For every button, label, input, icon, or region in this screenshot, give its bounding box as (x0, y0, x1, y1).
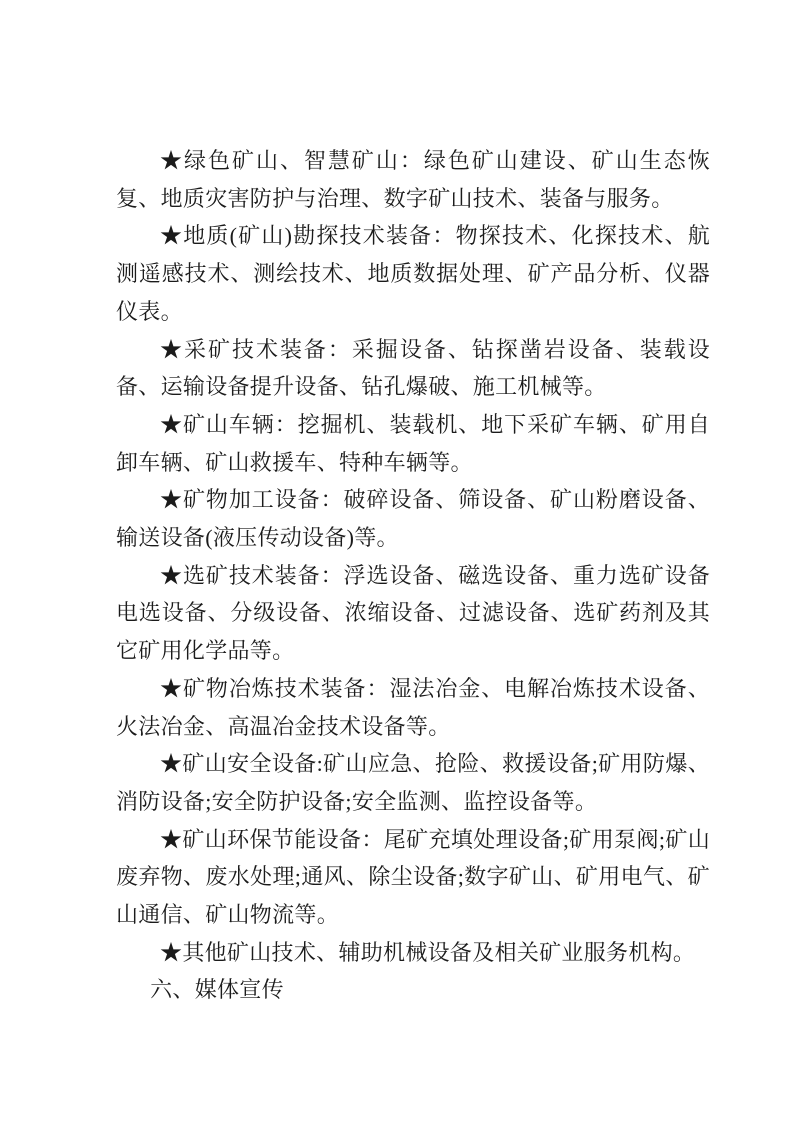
paragraph-text: 矿山车辆：挖掘机、装载机、地下采矿车辆、矿用自卸车辆、矿山救援车、特种车辆等。 (116, 412, 710, 475)
bullet-paragraph-geology-exploration: ★地质(矿山)勘探技术装备：物探技术、化探技术、航测遥感技术、测绘技术、地质数据… (116, 217, 710, 330)
bullet-paragraph-environmental: ★矿山环保节能设备：尾矿充填处理设备;矿用泵阀;矿山废弃物、废水处理;通风、除尘… (116, 821, 710, 934)
star-bullet-icon: ★ (160, 676, 183, 701)
paragraph-text: 地质(矿山)勘探技术装备：物探技术、化探技术、航测遥感技术、测绘技术、地质数据处… (116, 223, 710, 323)
paragraph-text: 矿山安全设备:矿山应急、抢险、救援设备;矿用防爆、消防设备;安全防护设备;安全监… (116, 751, 710, 814)
paragraph-text: 矿物加工设备：破碎设备、筛设备、矿山粉磨设备、输送设备(液压传动设备)等。 (116, 487, 710, 550)
bullet-paragraph-mine-safety: ★矿山安全设备:矿山应急、抢险、救援设备;矿用防爆、消防设备;安全防护设备;安全… (116, 745, 710, 820)
star-bullet-icon: ★ (160, 148, 184, 173)
bullet-paragraph-green-mine: ★绿色矿山、智慧矿山：绿色矿山建设、矿山生态恢复、地质灾害防护与治理、数字矿山技… (116, 142, 710, 217)
bullet-paragraph-beneficiation: ★选矿技术装备：浮选设备、磁选设备、重力选矿设备电选设备、分级设备、浓缩设备、过… (116, 557, 710, 670)
star-bullet-icon: ★ (160, 223, 183, 248)
bullet-paragraph-mineral-processing: ★矿物加工设备：破碎设备、筛设备、矿山粉磨设备、输送设备(液压传动设备)等。 (116, 481, 710, 556)
bullet-paragraph-mine-vehicles: ★矿山车辆：挖掘机、装载机、地下采矿车辆、矿用自卸车辆、矿山救援车、特种车辆等。 (116, 406, 710, 481)
star-bullet-icon: ★ (160, 487, 183, 512)
paragraph-text: 其他矿山技术、辅助机械设备及相关矿业服务机构。 (182, 940, 695, 965)
star-bullet-icon: ★ (160, 751, 182, 776)
paragraph-text: 选矿技术装备：浮选设备、磁选设备、重力选矿设备电选设备、分级设备、浓缩设备、过滤… (116, 563, 710, 663)
paragraph-text: 矿物冶炼技术装备：湿法冶金、电解冶炼技术设备、火法冶金、高温冶金技术设备等。 (116, 676, 710, 739)
star-bullet-icon: ★ (160, 940, 182, 965)
bullet-paragraph-smelting: ★矿物冶炼技术装备：湿法冶金、电解冶炼技术设备、火法冶金、高温冶金技术设备等。 (116, 670, 710, 745)
section-heading-media-publicity: 六、媒体宣传 (116, 971, 710, 1009)
paragraph-text: 绿色矿山、智慧矿山：绿色矿山建设、矿山生态恢复、地质灾害防护与治理、数字矿山技术… (116, 148, 710, 211)
star-bullet-icon: ★ (160, 563, 183, 588)
bullet-paragraph-mining-equipment: ★采矿技术装备：采掘设备、钻探凿岩设备、装载设备、运输设备提升设备、钻孔爆破、施… (116, 331, 710, 406)
document-body: ★绿色矿山、智慧矿山：绿色矿山建设、矿山生态恢复、地质灾害防护与治理、数字矿山技… (116, 142, 710, 1009)
paragraph-text: 采矿技术装备：采掘设备、钻探凿岩设备、装载设备、运输设备提升设备、钻孔爆破、施工… (116, 337, 710, 400)
document-page: ★绿色矿山、智慧矿山：绿色矿山建设、矿山生态恢复、地质灾害防护与治理、数字矿山技… (0, 0, 800, 1131)
star-bullet-icon: ★ (160, 827, 182, 852)
star-bullet-icon: ★ (160, 412, 183, 437)
star-bullet-icon: ★ (160, 337, 184, 362)
paragraph-text: 矿山环保节能设备：尾矿充填处理设备;矿用泵阀;矿山废弃物、废水处理;通风、除尘设… (116, 827, 710, 927)
bullet-paragraph-other-services: ★其他矿山技术、辅助机械设备及相关矿业服务机构。 (116, 934, 710, 972)
